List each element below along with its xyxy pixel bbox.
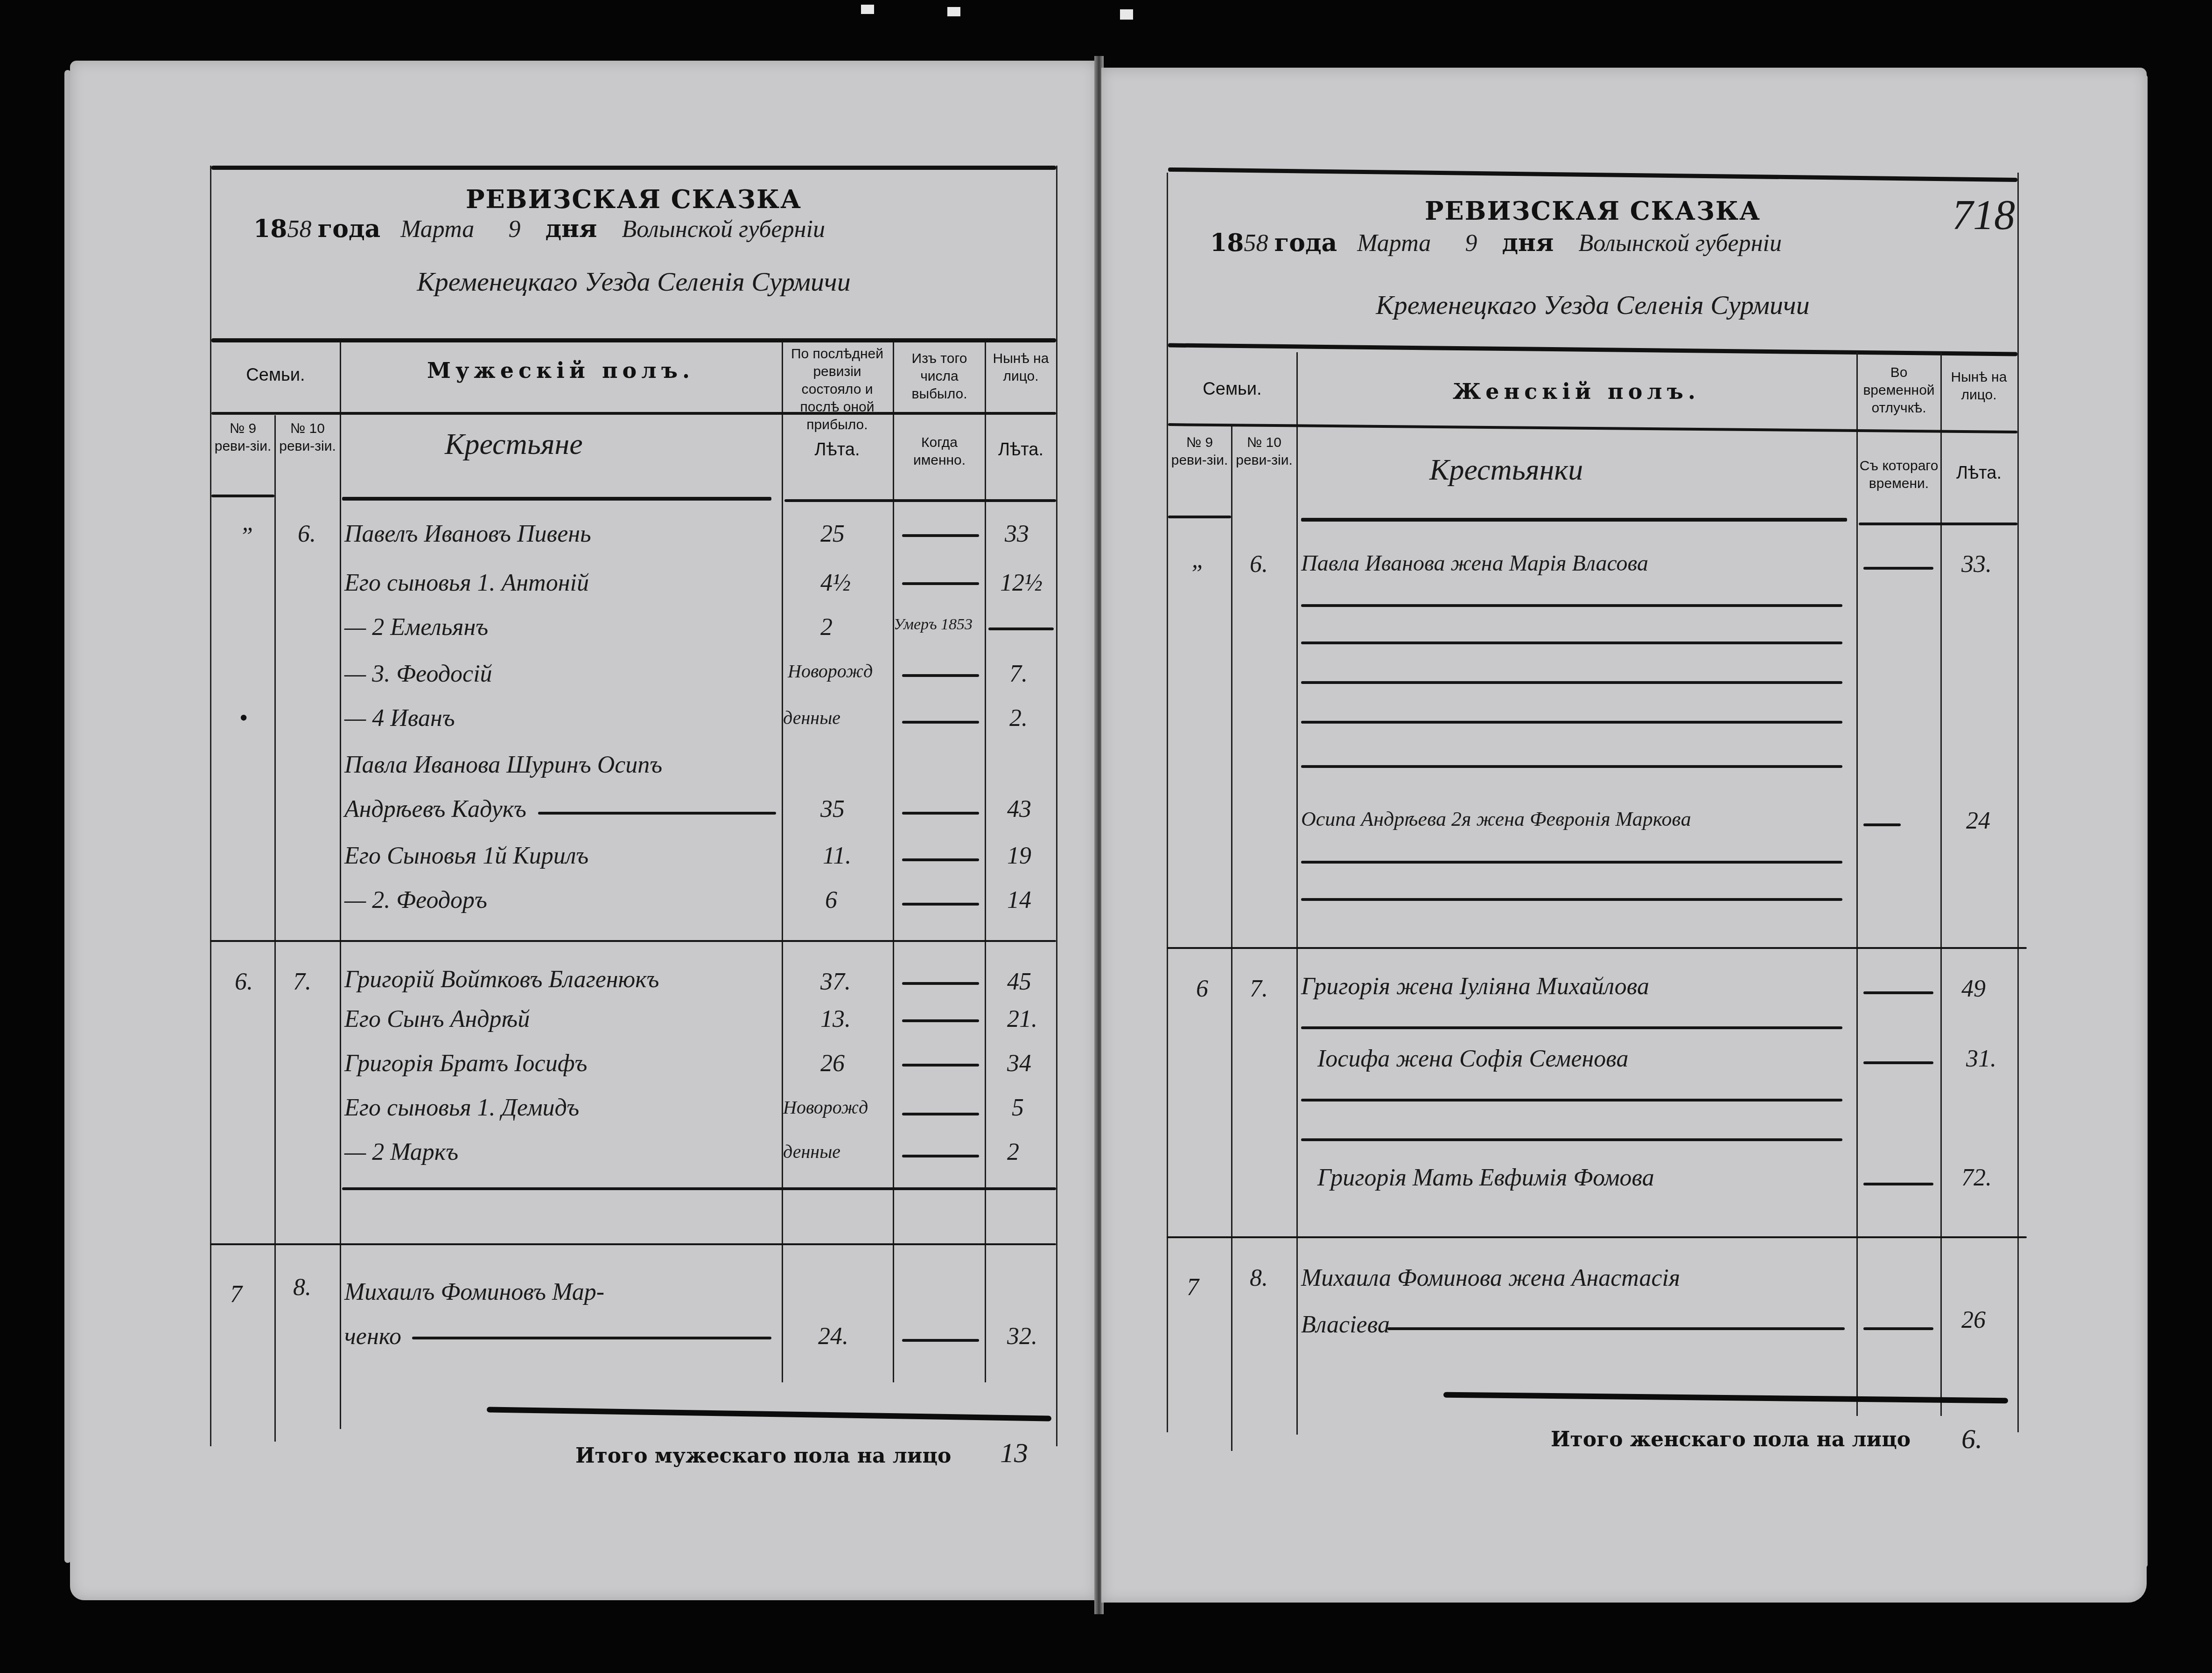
rev10-header: № 10 реви-зіи. <box>1232 434 1296 469</box>
blank-line <box>1301 604 1842 607</box>
blank-line <box>1301 641 1842 644</box>
scanner-clip <box>861 5 874 14</box>
male-total-value: 13 <box>1000 1437 1028 1469</box>
date-line: 1858 года Марта 9 дня Волынской губерніи <box>253 215 825 243</box>
header-bottom-rule <box>1859 523 2017 525</box>
col-divider <box>274 415 276 1442</box>
header-bottom-rule <box>1168 516 1231 518</box>
female-total-label: Итого женскаго пола на лицо <box>1551 1428 1911 1451</box>
col-divider <box>340 342 341 1429</box>
date-line: 1858 года Марта 9 дня Волынской губерніи <box>1210 229 1782 257</box>
left-page: РЕВИЗСКАЯ СКАЗКА 1858 года Марта 9 дня В… <box>70 61 1097 1600</box>
right-page: РЕВИЗСКАЯ СКАЗКА 718 1858 года Марта 9 д… <box>1101 68 2147 1603</box>
present-years-header: Лѣта. <box>1943 464 2015 482</box>
blank-line <box>1301 898 1842 901</box>
blank-line <box>1301 765 1842 768</box>
form-title: РЕВИЗСКАЯ СКАЗКА <box>1168 196 2017 226</box>
rev9-header: № 9 реви-зіи. <box>1168 434 1231 469</box>
rev9-header: № 9 реви-зіи. <box>211 420 274 455</box>
total-rule <box>487 1407 1051 1421</box>
group-underline <box>342 1187 1056 1190</box>
family-divider <box>1167 1236 2027 1238</box>
section-header: Женскій полъ. <box>1296 383 1856 400</box>
form-top-rule <box>1168 167 2017 182</box>
col-divider <box>985 342 986 1382</box>
category-underline <box>1301 518 1847 522</box>
female-register-form: РЕВИЗСКАЯ СКАЗКА 718 1858 года Марта 9 д… <box>1167 173 2019 1432</box>
blank-line <box>1301 1099 1842 1101</box>
scanner-clip <box>947 7 960 16</box>
families-header: Семьи. <box>211 366 340 384</box>
category-underline <box>342 497 771 501</box>
present-header: Нынѣ на лицо. <box>987 350 1055 385</box>
header-divider <box>211 412 1056 415</box>
departed-header: Изъ того числа выбыло. <box>895 350 984 403</box>
blank-line <box>1301 681 1842 684</box>
place-line: Кременецкаго Уезда Селенія Сурмичи <box>1168 289 2017 321</box>
col-divider <box>1296 352 1298 1435</box>
section-header: Мужескій полъ. <box>340 362 782 379</box>
col-divider <box>893 342 894 1382</box>
total-rule <box>1443 1392 2008 1404</box>
header-top-rule <box>211 338 1056 342</box>
last-revision-years-header: Лѣта. <box>783 441 891 459</box>
blank-line <box>1301 861 1842 864</box>
col-divider <box>782 342 783 1382</box>
blank-line <box>1301 721 1842 724</box>
blank-line <box>1301 1138 1842 1141</box>
folio-number: 718 <box>1952 191 2015 239</box>
family-divider <box>1167 947 2027 949</box>
family-divider <box>210 940 1056 942</box>
rev10-header: № 10 реви-зіи. <box>275 420 340 455</box>
header-bottom-rule <box>784 499 1056 502</box>
place-line: Кременецкаго Уезда Селенія Сурмичи <box>211 266 1056 297</box>
male-register-form: РЕВИЗСКАЯ СКАЗКА 1858 года Марта 9 дня В… <box>210 166 1057 1446</box>
absence-since-header: Съ котораго времени. <box>1859 457 1939 493</box>
col-divider <box>1856 352 1858 1416</box>
female-total-value: 6. <box>1961 1423 1982 1455</box>
present-years-header: Лѣта. <box>987 441 1055 459</box>
blank-line <box>1301 1026 1842 1029</box>
present-header: Нынѣ на лицо. <box>1943 369 2015 404</box>
category-label: Крестьяне <box>445 427 583 461</box>
ledger-book: РЕВИЗСКАЯ СКАЗКА 1858 года Марта 9 дня В… <box>70 56 2147 1624</box>
temp-absence-header: Во временной отлучкѣ. <box>1859 364 1939 417</box>
form-top-rule <box>211 166 1056 170</box>
last-revision-header: По послѣдней ревизіи состояло и послѣ он… <box>783 345 891 434</box>
families-header: Семьи. <box>1168 380 1296 398</box>
header-bottom-rule <box>211 495 274 497</box>
header-top-rule <box>1168 343 2017 356</box>
category-label: Крестьянки <box>1429 453 1583 487</box>
family-divider <box>210 1243 1056 1245</box>
col-divider <box>1231 425 1232 1451</box>
scanner-clip <box>1120 9 1133 20</box>
col-divider <box>1940 352 1942 1416</box>
header-divider <box>1168 423 2017 433</box>
departed-when-header: Когда именно. <box>895 434 984 469</box>
form-title: РЕВИЗСКАЯ СКАЗКА <box>211 184 1056 214</box>
male-total-label: Итого мужескаго пола на лицо <box>575 1444 951 1468</box>
